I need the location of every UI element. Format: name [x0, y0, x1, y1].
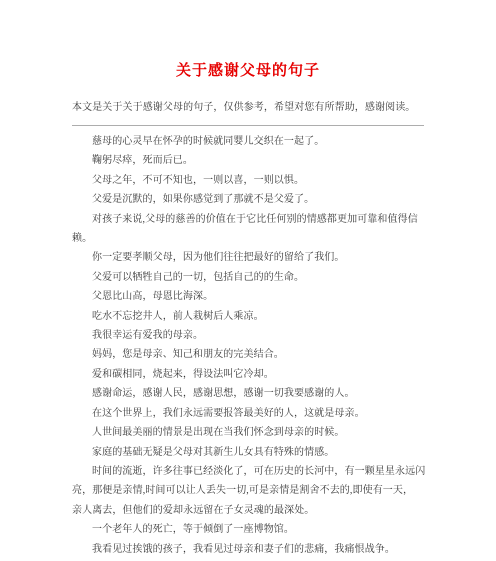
body-line: 爱和碳相同，烧起来，得设法叫它冷却。: [72, 365, 436, 384]
body-line: 妈妈，您是母亲、知己和朋友的完美结合。: [72, 345, 436, 364]
body-line: 一个老年人的死亡，等于倾倒了一座博物馆。: [72, 520, 436, 539]
intro-paragraph: 本文是关于关于感谢父母的句子，仅供参考，希望对您有所帮助，感谢阅读。: [72, 101, 426, 115]
body-line: 亮，那便是亲情,时间可以让人丢失一切,可是亲情是割舍不去的,即使有一天，: [72, 481, 436, 500]
body-line: 父爱可以牺牲自己的一切，包括自己的的生命。: [72, 268, 436, 287]
body-line: 感谢命运，感谢人民，感谢思想，感谢一切我要感谢的人。: [72, 384, 436, 403]
document-page: 关于感谢父母的句子 本文是关于关于感谢父母的句子，仅供参考，希望对您有所帮助，感…: [0, 0, 496, 561]
section-divider: [72, 125, 424, 126]
body-line: 吃水不忘挖井人，前人栽树后人乘凉。: [72, 307, 436, 326]
document-body: 慈母的心灵早在怀孕的时候就同婴儿交织在一起了。鞠躬尽瘁，死而后已。父母之年，不可…: [72, 132, 436, 559]
body-line: 我很幸运有爱我的母亲。: [72, 326, 436, 345]
body-line: 在这个世界上，我们永远需要报答最美好的人，这就是母亲。: [72, 404, 436, 423]
body-line: 父母之年，不可不知也，一则以喜，一则以惧。: [72, 171, 436, 190]
body-line: 赖。: [72, 229, 436, 248]
body-line: 你一定要孝顺父母，因为他们往往把最好的留给了我们。: [72, 248, 436, 267]
body-line: 父爱是沉默的，如果你感觉到了那就不是父爱了。: [72, 190, 436, 209]
document-title: 关于感谢父母的句子: [0, 0, 496, 82]
body-line: 我看见过挨饿的孩子，我看见过母亲和妻子们的悲痛，我痛恨战争。: [72, 540, 436, 559]
body-line: 对孩子来说,父母的慈善的价值在于它比任何别的情感都更加可靠和值得信: [72, 210, 436, 229]
body-line: 人世间最美丽的情景是出现在当我们怀念到母亲的时候。: [72, 423, 436, 442]
body-line: 父恩比山高，母恩比海深。: [72, 287, 436, 306]
body-line: 慈母的心灵早在怀孕的时候就同婴儿交织在一起了。: [72, 132, 436, 151]
body-line: 亲人离去，但他们的爱却永远留在子女灵魂的最深处。: [72, 501, 436, 520]
body-line: 鞠躬尽瘁，死而后已。: [72, 151, 436, 170]
body-line: 家庭的基础无疑是父母对其新生儿女具有特殊的情感。: [72, 443, 436, 462]
body-line: 时间的流逝，许多往事已经淡化了，可在历史的长河中，有一颗星星永远闪: [72, 462, 436, 481]
